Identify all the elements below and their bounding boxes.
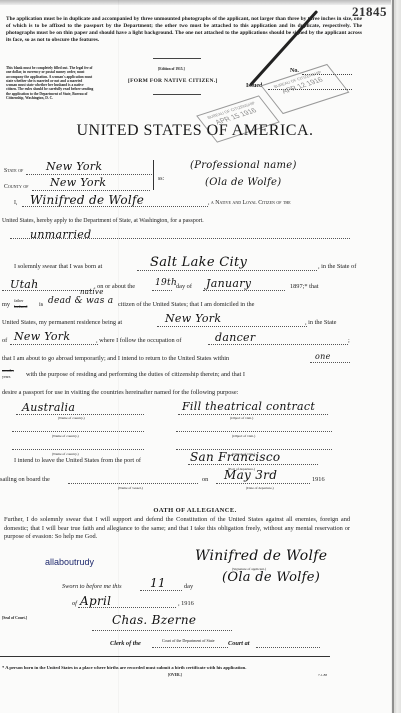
occupation-intro: , where I follow the occupation of <box>96 337 182 344</box>
residence-state: New York <box>14 330 70 343</box>
applicant-signature: Winifred de Wolfe <box>195 548 327 564</box>
country-caption: (Name of country.) <box>52 452 79 456</box>
country-caption: (Name of country.) <box>52 434 79 438</box>
of-month-label: of <box>72 600 77 607</box>
departure-date: May 3rd <box>224 468 277 482</box>
citizen-text: citizen of the United States; that I am … <box>118 301 254 308</box>
object-line-1 <box>178 414 328 415</box>
sworn-text: Sworn to before me this <box>62 583 122 590</box>
is-label: is <box>39 301 43 308</box>
clerk-label: Clerk of the <box>110 640 141 647</box>
object-caption: (Object of visit.) <box>232 434 255 438</box>
received-stamp: BUREAU OF CITIZENSHIP APR 12 1916 <box>261 64 350 114</box>
birth-day: 19th <box>155 278 177 288</box>
residence-intro: United States, my permanent residence be… <box>2 319 122 326</box>
binding-line <box>392 0 394 713</box>
months-option-struck: months <box>2 368 14 373</box>
port: San Francisco <box>190 450 280 464</box>
document-heading: UNITED STATES OF AMERICA. <box>0 122 390 140</box>
residence-city: New York <box>165 312 221 325</box>
over-label: [OVER.] <box>168 673 182 677</box>
native-citizen-text: , a Native and Loyal Citizen of the <box>208 200 291 206</box>
of-label: of <box>2 337 7 344</box>
object-caption: (Object of visit.) <box>230 416 253 420</box>
vessel-caption: (Name of vessel.) <box>118 486 143 490</box>
court-at-line <box>256 647 320 648</box>
applicant-name: Winifred de Wolfe <box>30 193 144 207</box>
apply-text: United States, hereby apply to the Depar… <box>2 218 204 224</box>
purpose-text: with the purpose of residing and perform… <box>26 371 245 378</box>
in-the-state-text: , in the State <box>305 319 336 326</box>
clerk-court-line <box>152 647 228 648</box>
semicolon: ; <box>348 337 350 344</box>
country-line-1 <box>16 414 144 415</box>
oath-text: Further, I do solemnly swear that I will… <box>4 516 350 542</box>
signature-alias: (Ola de Wolfe) <box>222 570 320 585</box>
country-line-2 <box>12 431 144 432</box>
birth-day-line <box>152 290 172 291</box>
return-period-line <box>310 362 350 363</box>
desire-text: desire a passport for use in visiting th… <box>2 389 238 396</box>
state-of-text: , in the State of <box>318 263 356 270</box>
clerk-signature-line <box>92 630 232 631</box>
divider <box>153 58 201 59</box>
side-note: This blank must be completely filled out… <box>6 66 94 100</box>
bracket <box>150 160 154 190</box>
father-status: dead & was a <box>48 296 113 306</box>
birth-state: Utah <box>10 278 39 291</box>
vessel-line <box>68 483 198 484</box>
i-label: I, <box>14 200 17 206</box>
departure-caption: (Date of departure.) <box>246 486 274 490</box>
years-option: years <box>2 374 10 379</box>
day-of-text: day of <box>176 283 192 290</box>
form-number: 7-1-88 <box>318 673 327 677</box>
sailing-text: sailing on board the <box>0 476 50 483</box>
ss-label: ss: <box>158 176 164 182</box>
residence-state-line <box>10 344 98 345</box>
country-caption: (Name of country.) <box>58 416 85 420</box>
top-edge <box>0 0 401 5</box>
birth-city: Salt Lake City <box>150 255 247 270</box>
footnote: * A person born in the United States in … <box>2 665 246 670</box>
sworn-day-line <box>140 590 182 591</box>
county-label: County of <box>4 184 28 190</box>
departure-date-line <box>216 483 310 484</box>
state-field-line <box>26 174 152 175</box>
birth-year-text: 1897;* that <box>290 283 319 290</box>
departure-year: 1916 <box>312 476 325 483</box>
birth-month-line <box>203 290 285 291</box>
on-label: on <box>202 476 208 483</box>
object-1: Fill theatrical contract <box>182 400 315 413</box>
county-field-line <box>32 190 150 191</box>
country-line-3 <box>12 449 144 450</box>
father-status-insert: native <box>80 288 104 296</box>
state-label: State of <box>4 168 23 174</box>
return-period: one <box>315 352 331 361</box>
leave-text: I intend to leave the United States from… <box>14 457 141 464</box>
passport-application-page: 21845 The application must be in duplica… <box>0 0 401 713</box>
my-label: my <box>2 301 10 308</box>
county-value: New York <box>50 176 106 189</box>
occupation: dancer <box>215 331 255 344</box>
seal-label: [Seal of Court.] <box>2 616 27 620</box>
abroad-text: that I am about to go abroad temporarily… <box>2 355 229 362</box>
object-line-2 <box>176 431 332 432</box>
sworn-day: 11 <box>150 576 166 590</box>
professional-name: (Ola de Wolfe) <box>205 177 281 188</box>
occupation-line <box>208 344 348 345</box>
residence-city-line <box>157 326 307 327</box>
court-at-label: Court at <box>228 640 250 647</box>
port-line <box>188 464 318 465</box>
day-label: day <box>184 583 193 590</box>
birth-city-line <box>137 270 317 271</box>
father-option: father <box>14 298 23 303</box>
clerk-court: Court of the Department of State <box>162 638 215 643</box>
birth-month: January <box>206 277 251 290</box>
oath-title: OATH OF ALLEGIANCE. <box>0 507 390 514</box>
divider <box>153 94 201 95</box>
footer-rule <box>0 656 330 657</box>
state-value: New York <box>46 160 102 173</box>
husband-option-struck: husband <box>14 304 27 309</box>
edition-label: [Edition of 1915.] <box>158 67 185 71</box>
marital-status: unmarried <box>30 228 91 241</box>
sworn-month: April <box>80 594 111 608</box>
professional-name-note: (Professional name) <box>190 160 297 171</box>
swear-intro: I solemnly swear that I was born at <box>14 263 102 270</box>
sworn-year: , 1916 <box>178 600 194 607</box>
clerk-signature: Chas. Bzerne <box>112 613 196 627</box>
form-title: [FORM FOR NATIVE CITIZEN.] <box>128 78 218 84</box>
country-1: Australia <box>22 401 75 414</box>
watermark: allaboutrudy <box>45 557 94 567</box>
